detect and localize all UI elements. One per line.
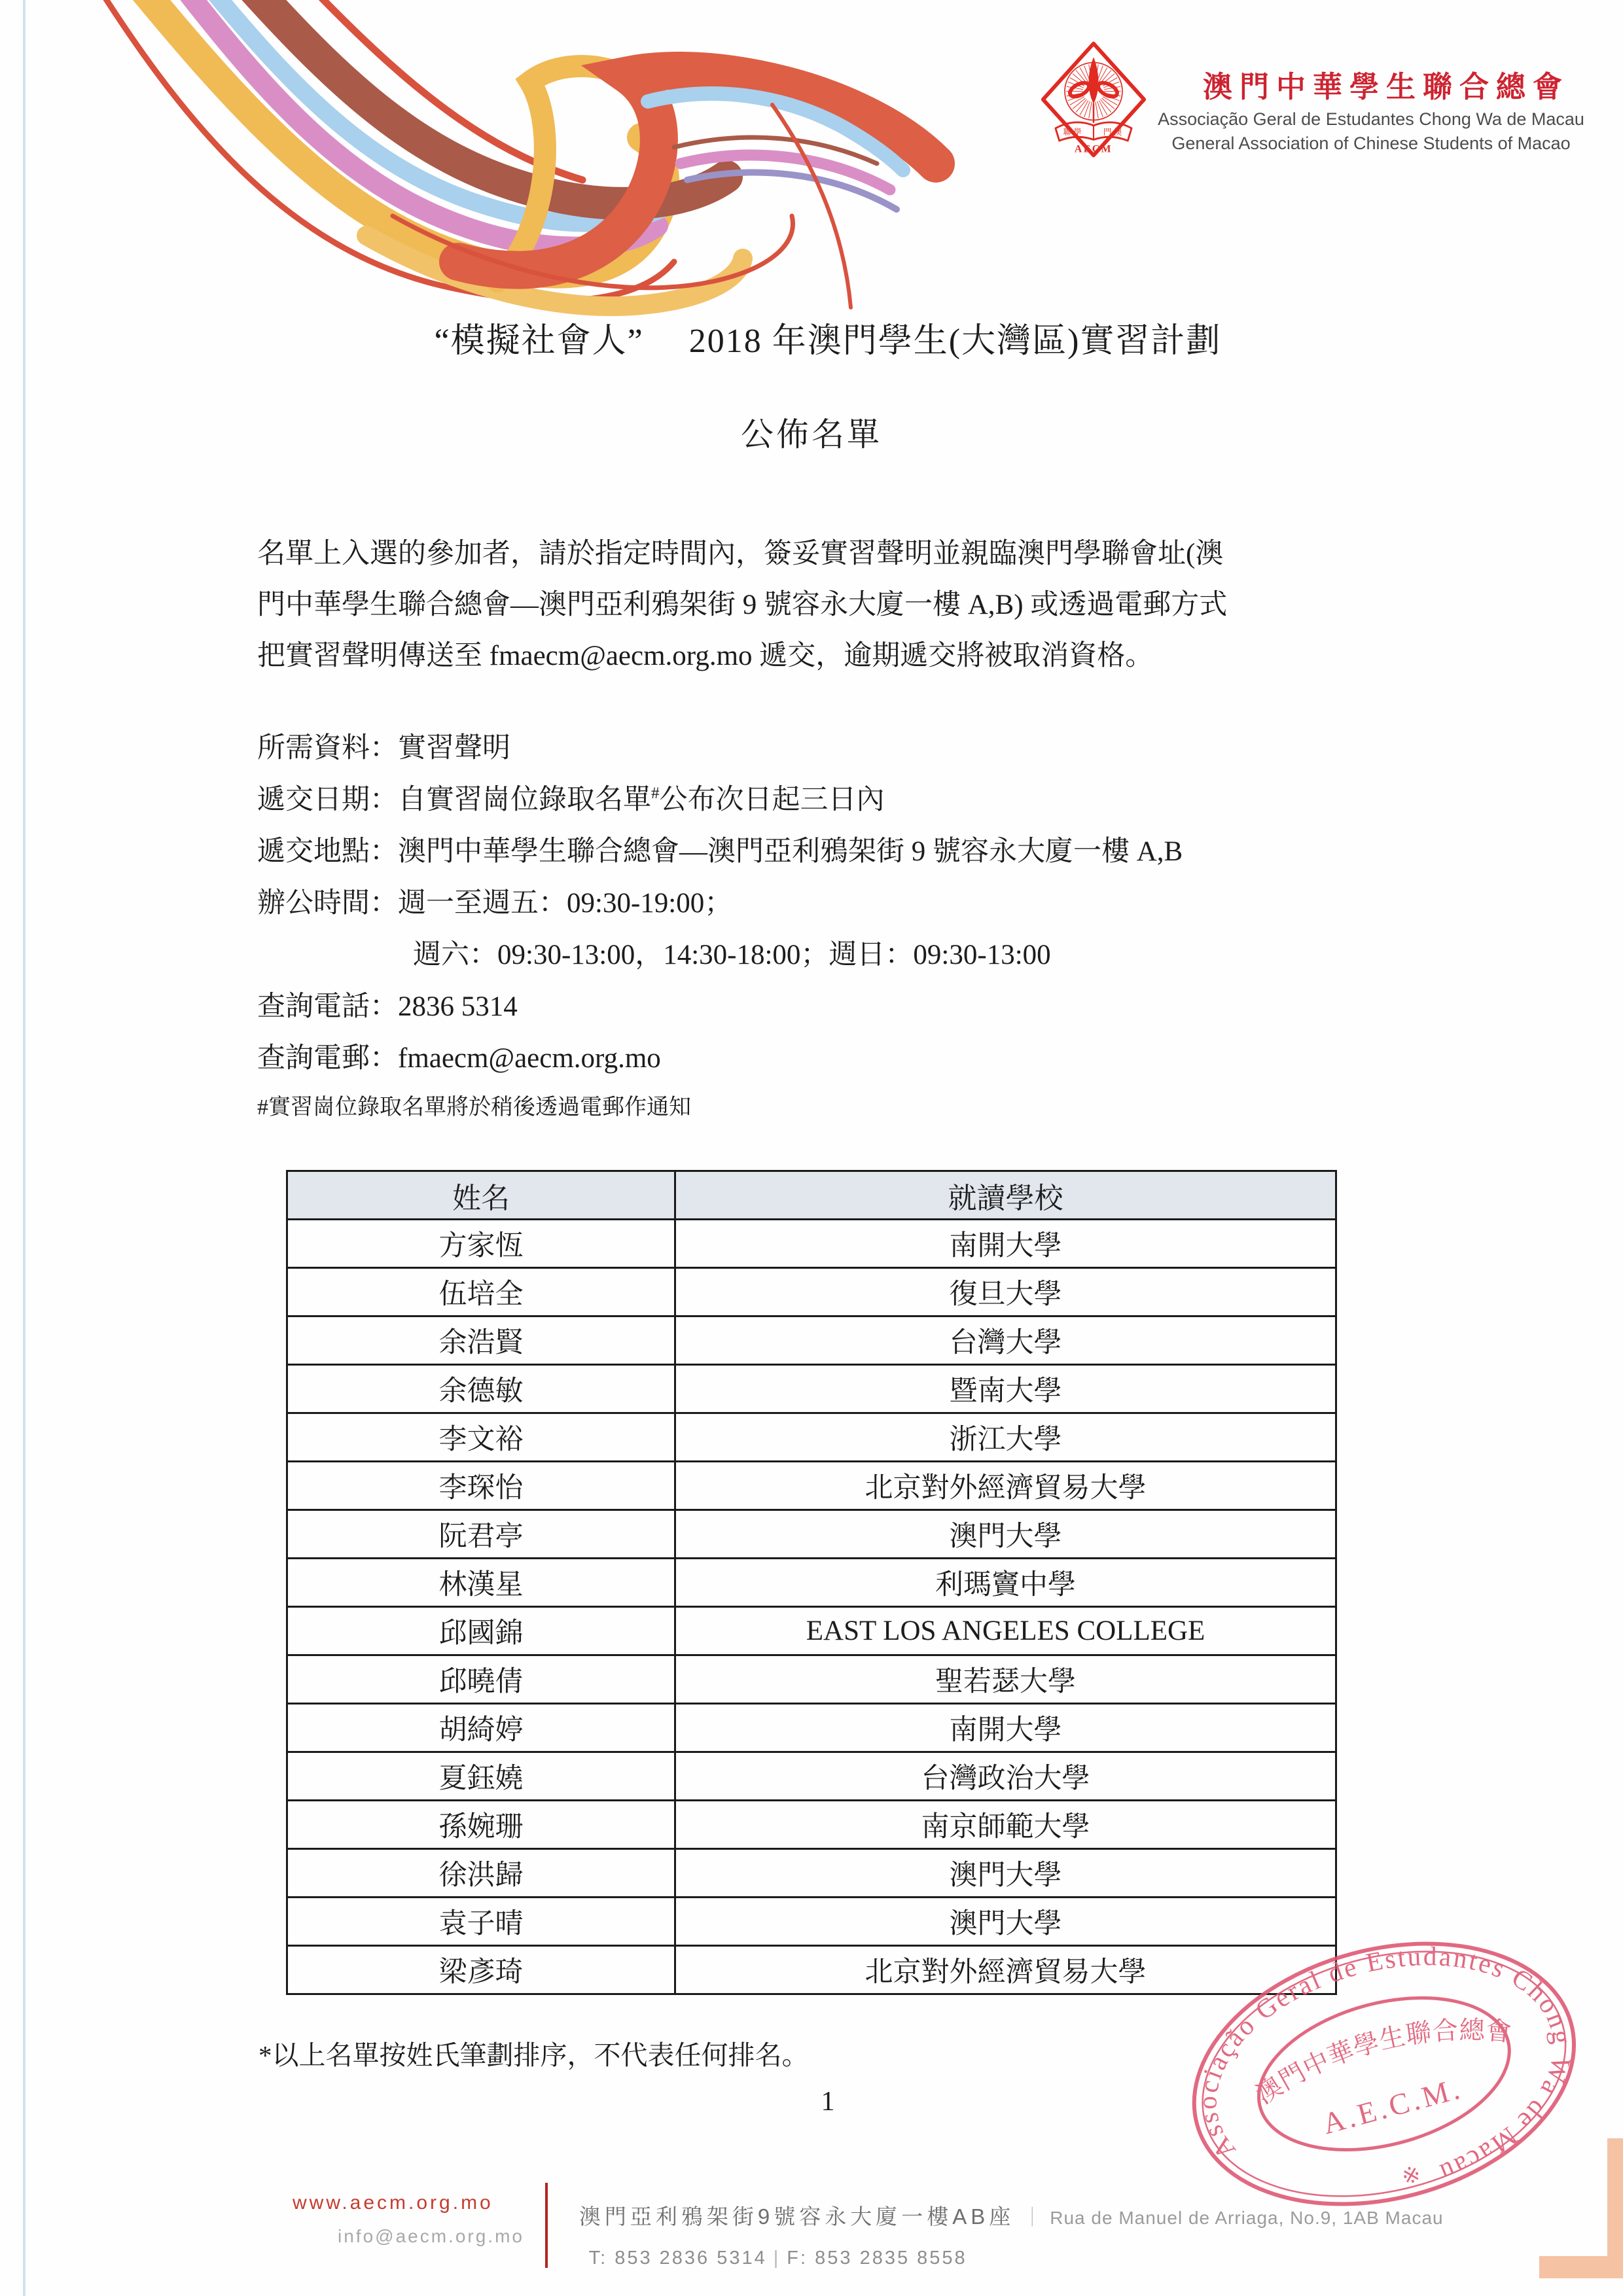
detail-text: 遞交地點：澳門中華學生聯合總會—澳門亞利鴉架街 9 號容永大廈一樓 A,B xyxy=(257,836,1183,867)
table-row: 李文裕浙江大學 xyxy=(287,1413,1336,1462)
intro-line-3: 把實習聲明傳送至 fmaecm@aecm.org.mo 遞交，逾期遞交將被取消資… xyxy=(257,631,1383,682)
decorative-ribbon-swirl xyxy=(0,0,1021,353)
footer-phone: T: 853 2836 5314 xyxy=(589,2248,767,2269)
detail-text: 所需資料：實習聲明 xyxy=(257,733,510,764)
name-cell: 胡綺婷 xyxy=(287,1704,675,1752)
detail-text: 查詢電話：2836 5314 xyxy=(257,991,518,1022)
stamp-acronym: A.E.C.M. xyxy=(1319,2071,1467,2140)
school-cell: 南京師範大學 xyxy=(675,1801,1336,1849)
name-cell: 林漢星 xyxy=(287,1559,675,1607)
org-name-portuguese: Associação Geral de Estudantes Chong Wa … xyxy=(1139,107,1603,132)
school-cell: 澳門大學 xyxy=(675,1510,1336,1559)
footer-address-line: 澳門亞利鴉架街9號容永大廈一樓AB座｜Rua de Manuel de Arri… xyxy=(573,2188,1444,2231)
detail-line-2: 遞交日期：自實習崗位錄取名單#公布次日起三日內 xyxy=(257,774,1402,826)
name-cell: 邱曉倩 xyxy=(287,1655,675,1704)
school-cell: 澳門大學 xyxy=(675,1849,1336,1898)
table-row: 阮君亭澳門大學 xyxy=(287,1510,1336,1559)
emblem-lotus-center xyxy=(1089,57,1099,103)
intro-line-1: 名單上入選的參加者，請於指定時間內，簽妥實習聲明並親臨澳門學聯會址(澳 xyxy=(257,529,1383,580)
detail-text: 公布次日起三日內 xyxy=(660,785,885,815)
stamp-star: ※ xyxy=(1399,2162,1423,2190)
table-row: 余浩賢台灣大學 xyxy=(287,1316,1336,1365)
school-cell: 暨南大學 xyxy=(675,1365,1336,1413)
emblem-book-text-left: 聯學 xyxy=(1063,128,1084,137)
name-cell: 余德敏 xyxy=(287,1365,675,1413)
detail-line-1: 所需資料：實習聲明 xyxy=(257,722,1402,774)
name-cell: 夏鈺嬈 xyxy=(287,1752,675,1801)
school-cell: EAST LOS ANGELES COLLEGE xyxy=(675,1607,1336,1655)
name-cell: 方家恆 xyxy=(287,1220,675,1268)
footer-red-divider xyxy=(545,2183,548,2268)
name-cell: 李文裕 xyxy=(287,1413,675,1462)
name-cell: 余浩賢 xyxy=(287,1316,675,1365)
footer-address-english: Rua de Manuel de Arriaga, No.9, 1AB Maca… xyxy=(1050,2208,1443,2228)
detail-line-5: 週六：09:30-13:00，14:30-18:00；週日：09:30-13:0… xyxy=(257,929,1402,981)
corner-peach-strip-horizontal xyxy=(1539,2256,1623,2278)
table-row: 林漢星利瑪竇中學 xyxy=(287,1559,1336,1607)
emblem-acronym: AECM xyxy=(1075,144,1113,155)
detail-line-4: 辦公時間：週一至週五：09:30-19:00； xyxy=(257,877,1402,929)
table-body: 方家恆南開大學伍培全復旦大學余浩賢台灣大學余德敏暨南大學李文裕浙江大學李琛怡北京… xyxy=(287,1220,1336,1994)
school-cell: 南開大學 xyxy=(675,1704,1336,1752)
footer-phone-line: T: 853 2836 5314|F: 853 2835 8558 xyxy=(575,2226,967,2269)
footer-website: www.aecm.org.mo xyxy=(293,2192,493,2214)
sort-order-note: *以上名單按姓氏筆劃排序，不代表任何排名。 xyxy=(259,2034,809,2072)
emblem-book-text-right: 門澳 xyxy=(1103,128,1124,137)
table-row: 袁子晴澳門大學 xyxy=(287,1898,1336,1946)
table-row: 胡綺婷南開大學 xyxy=(287,1704,1336,1752)
ribbon-red-tail xyxy=(772,105,851,308)
table-row: 邱國錦EAST LOS ANGELES COLLEGE xyxy=(287,1607,1336,1655)
column-header-school: 就讀學校 xyxy=(675,1171,1336,1220)
document-subtitle: 公佈名單 xyxy=(0,408,1623,455)
table-row: 孫婉珊南京師範大學 xyxy=(287,1801,1336,1849)
detail-text: 查詢電郵：fmaecm@aecm.org.mo xyxy=(257,1043,661,1074)
school-cell: 南開大學 xyxy=(675,1220,1336,1268)
table-header-row: 姓名就讀學校 xyxy=(287,1171,1336,1220)
scanned-document-page: { "brand": { "red": "#cd2330", "stamp_pi… xyxy=(0,0,1623,2296)
footer-phone-separator: | xyxy=(767,2248,787,2269)
table-row: 夏鈺嬈台灣政治大學 xyxy=(287,1752,1336,1801)
name-cell: 邱國錦 xyxy=(287,1607,675,1655)
detail-text: 週六：09:30-13:00，14:30-18:00；週日：09:30-13:0… xyxy=(413,940,1051,970)
school-cell: 復旦大學 xyxy=(675,1268,1336,1316)
school-cell: 北京對外經濟貿易大學 xyxy=(675,1462,1336,1510)
document-title: “模擬社會人” 2018 年澳門學生(大灣區)實習計劃 xyxy=(0,313,1623,362)
aecm-emblem-logo: 聯學 門澳 AECM xyxy=(1039,34,1148,165)
footer-fax: F: 853 2835 8558 xyxy=(787,2248,967,2269)
table-row: 余德敏暨南大學 xyxy=(287,1365,1336,1413)
column-header-name: 姓名 xyxy=(287,1171,675,1220)
school-cell: 浙江大學 xyxy=(675,1413,1336,1462)
school-cell: 台灣政治大學 xyxy=(675,1752,1336,1801)
detail-line-3: 遞交地點：澳門中華學生聯合總會—澳門亞利鴉架街 9 號容永大廈一樓 A,B xyxy=(257,826,1402,877)
name-cell: 阮君亭 xyxy=(287,1510,675,1559)
table-row: 李琛怡北京對外經濟貿易大學 xyxy=(287,1462,1336,1510)
school-cell: 台灣大學 xyxy=(675,1316,1336,1365)
school-cell: 利瑪竇中學 xyxy=(675,1559,1336,1607)
detail-line-6: 查詢電話：2836 5314 xyxy=(257,981,1402,1033)
org-name-chinese: 澳門中華學生聯合總會 xyxy=(1203,63,1569,105)
table-row: 邱曉倩聖若瑟大學 xyxy=(287,1655,1336,1704)
name-cell: 梁彥琦 xyxy=(287,1946,675,1994)
footer-address-chinese: 澳門亞利鴉架街9號容永大廈一樓AB座 xyxy=(579,2204,1014,2229)
table-row: 伍培全復旦大學 xyxy=(287,1268,1336,1316)
name-cell: 袁子晴 xyxy=(287,1898,675,1946)
org-name-block: Associação Geral de Estudantes Chong Wa … xyxy=(1139,107,1603,156)
detail-line-7: 查詢電郵：fmaecm@aecm.org.mo xyxy=(257,1033,1402,1084)
submission-details: 所需資料：實習聲明遞交日期：自實習崗位錄取名單#公布次日起三日內遞交地點：澳門中… xyxy=(257,722,1402,1084)
footer-address-separator: ｜ xyxy=(1014,2207,1050,2229)
name-cell: 伍培全 xyxy=(287,1268,675,1316)
page-number: 1 xyxy=(393,2086,1263,2117)
table-row: 方家恆南開大學 xyxy=(287,1220,1336,1268)
name-cell: 李琛怡 xyxy=(287,1462,675,1510)
superscript-mark: # xyxy=(651,785,660,802)
school-cell: 澳門大學 xyxy=(675,1898,1336,1946)
detail-text: 辦公時間：週一至週五：09:30-19:00； xyxy=(257,888,732,919)
intro-line-2: 門中華學生聯合總會—澳門亞利鴉架街 9 號容永大廈一樓 A,B) 或透過電郵方式 xyxy=(257,580,1383,631)
footer-email: info@aecm.org.mo xyxy=(338,2226,524,2247)
school-cell: 聖若瑟大學 xyxy=(675,1655,1336,1704)
intro-paragraph: 名單上入選的參加者，請於指定時間內，簽妥實習聲明並親臨澳門學聯會址(澳門中華學生… xyxy=(257,529,1383,682)
roster-table: 姓名就讀學校 方家恆南開大學伍培全復旦大學余浩賢台灣大學余德敏暨南大學李文裕浙江… xyxy=(286,1170,1337,1995)
hash-footnote: #實習崗位錄取名單將於稍後透過電郵作通知 xyxy=(257,1089,691,1121)
detail-text: 遞交日期：自實習崗位錄取名單 xyxy=(257,785,651,815)
name-cell: 徐洪歸 xyxy=(287,1849,675,1898)
org-name-english: General Association of Chinese Students … xyxy=(1139,132,1603,156)
table-row: 徐洪歸澳門大學 xyxy=(287,1849,1336,1898)
name-cell: 孫婉珊 xyxy=(287,1801,675,1849)
